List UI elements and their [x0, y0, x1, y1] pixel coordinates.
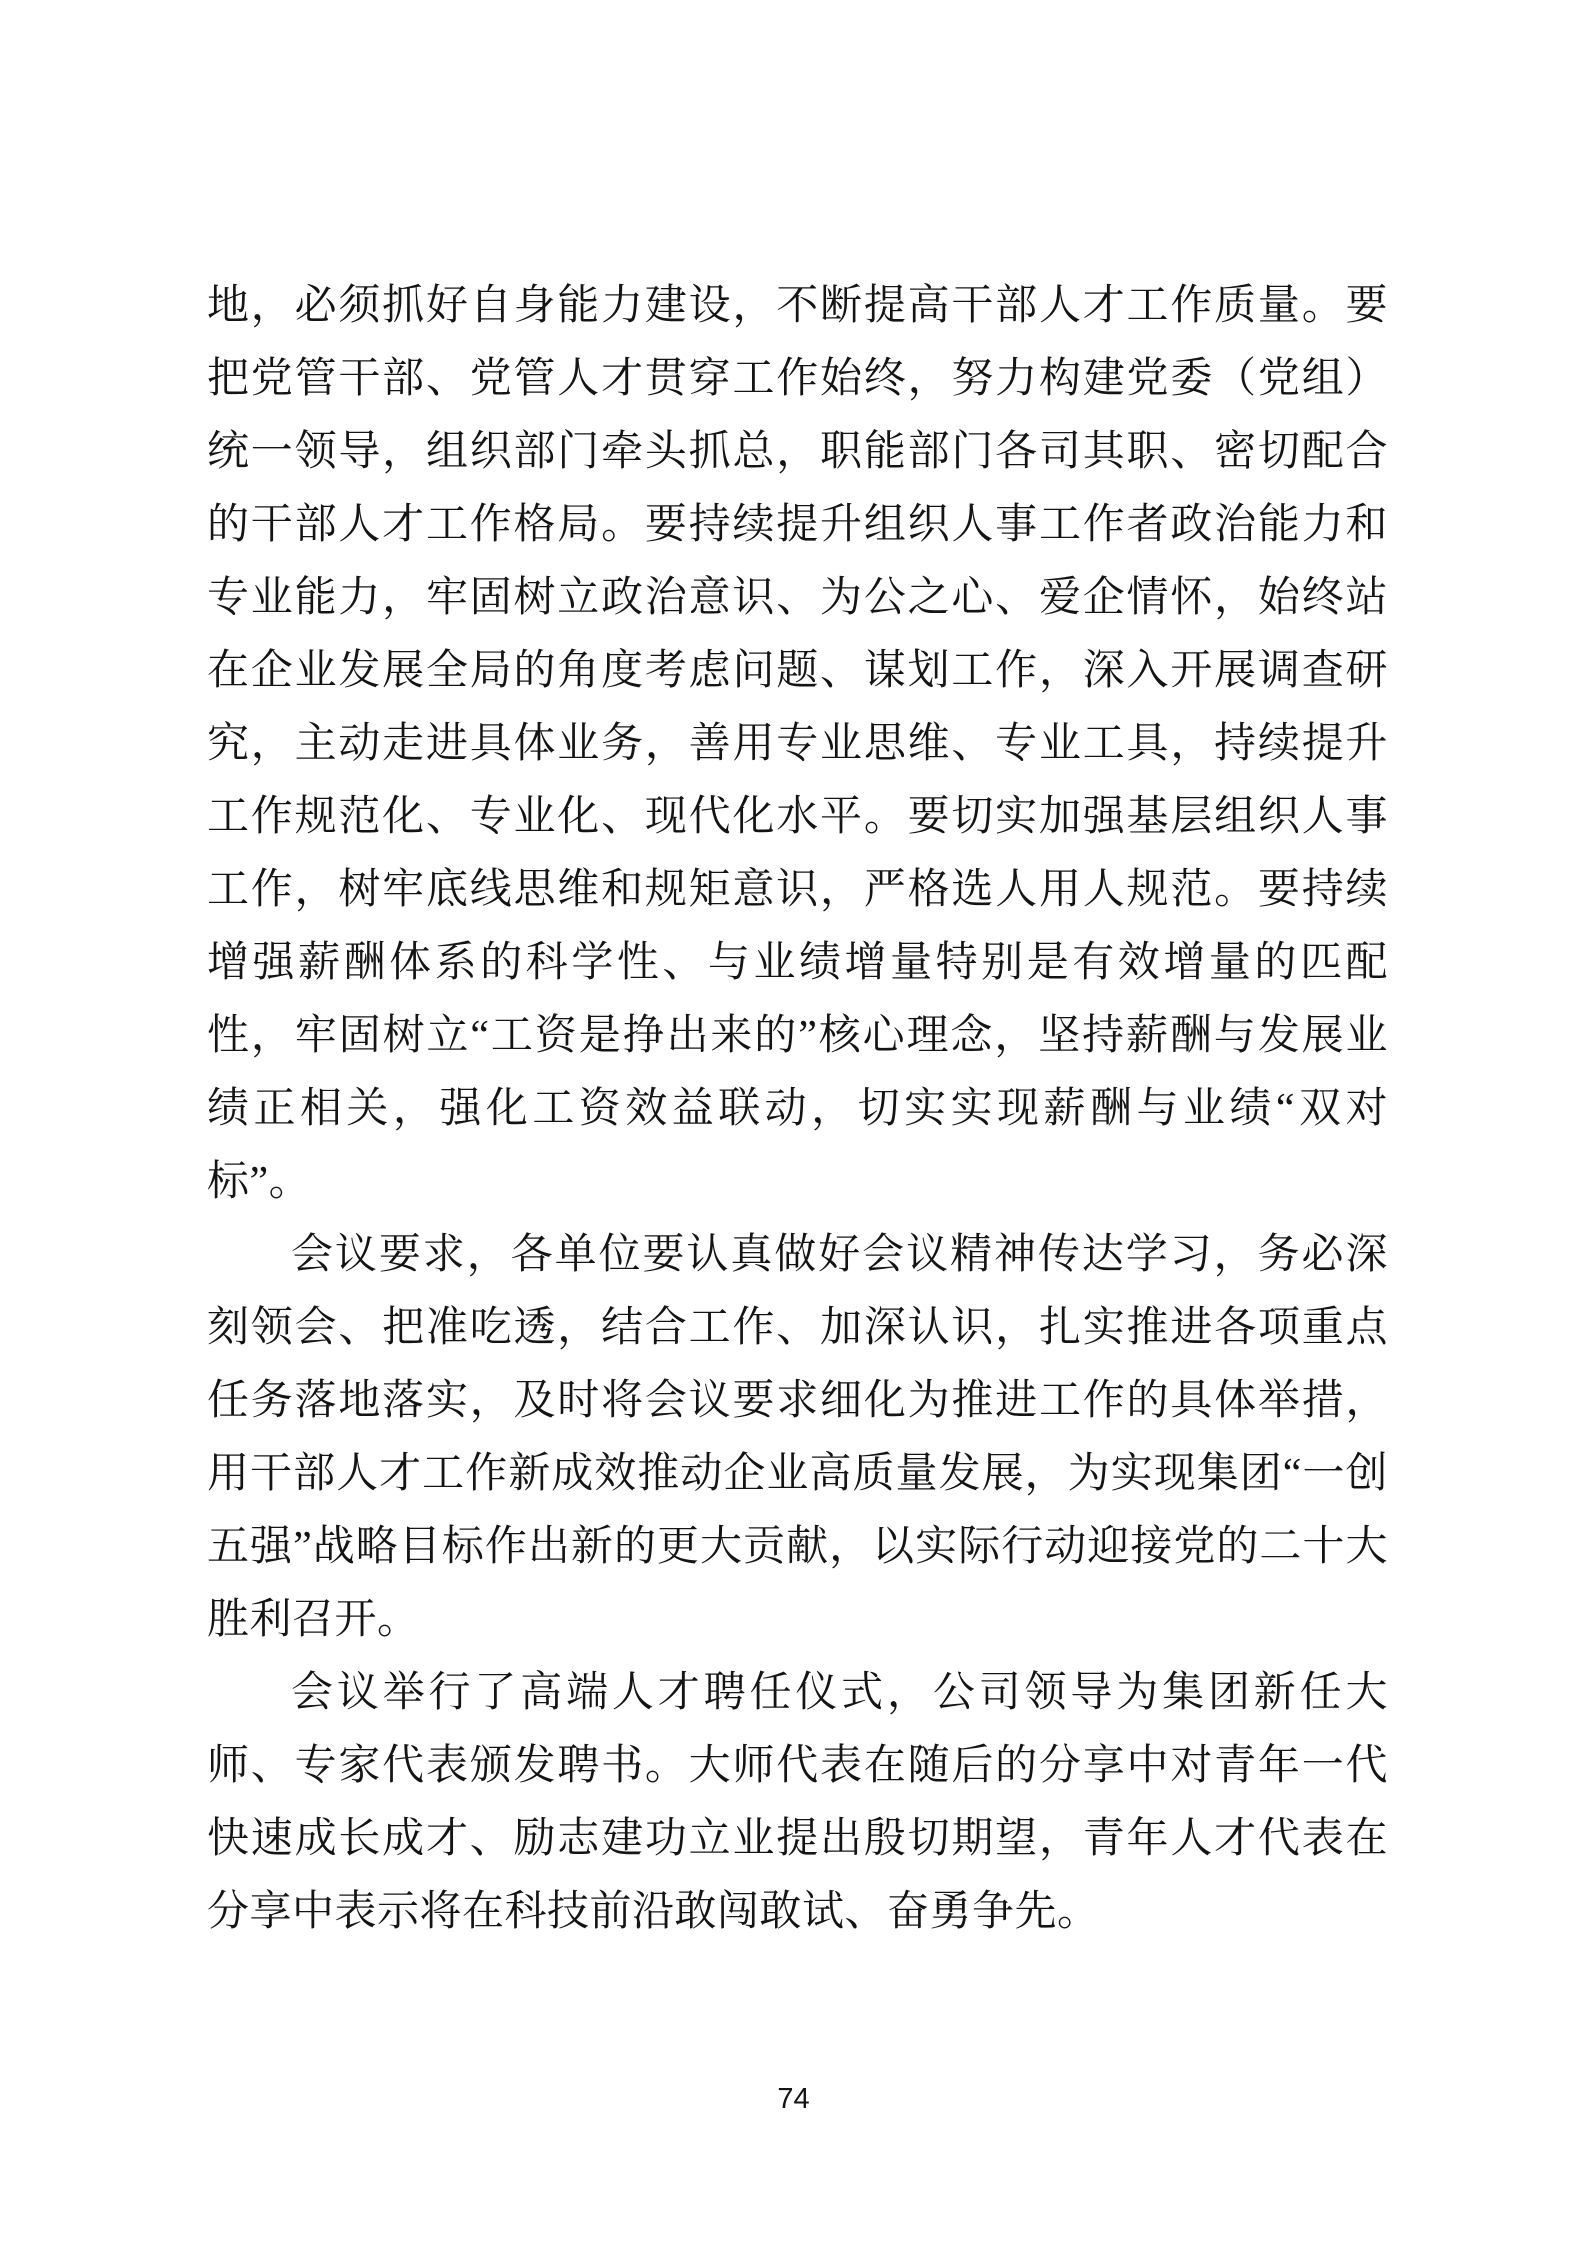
body-text-block: 地，必须抓好自身能力建设，不断提高干部人才工作质量。要把党管干部、党管人才贯穿工… — [207, 270, 1388, 1949]
body-paragraph-1: 地，必须抓好自身能力建设，不断提高干部人才工作质量。要把党管干部、党管人才贯穿工… — [207, 270, 1388, 1219]
body-paragraph-3: 会议举行了高端人才聘任仪式，公司领导为集团新任大师、专家代表颁发聘书。大师代表在… — [207, 1657, 1388, 1949]
document-page: 地，必须抓好自身能力建设，不断提高干部人才工作质量。要把党管干部、党管人才贯穿工… — [0, 0, 1587, 2245]
page-number: 74 — [0, 2083, 1587, 2116]
body-paragraph-2: 会议要求，各单位要认真做好会议精神传达学习，务必深刻领会、把准吃透，结合工作、加… — [207, 1219, 1388, 1657]
